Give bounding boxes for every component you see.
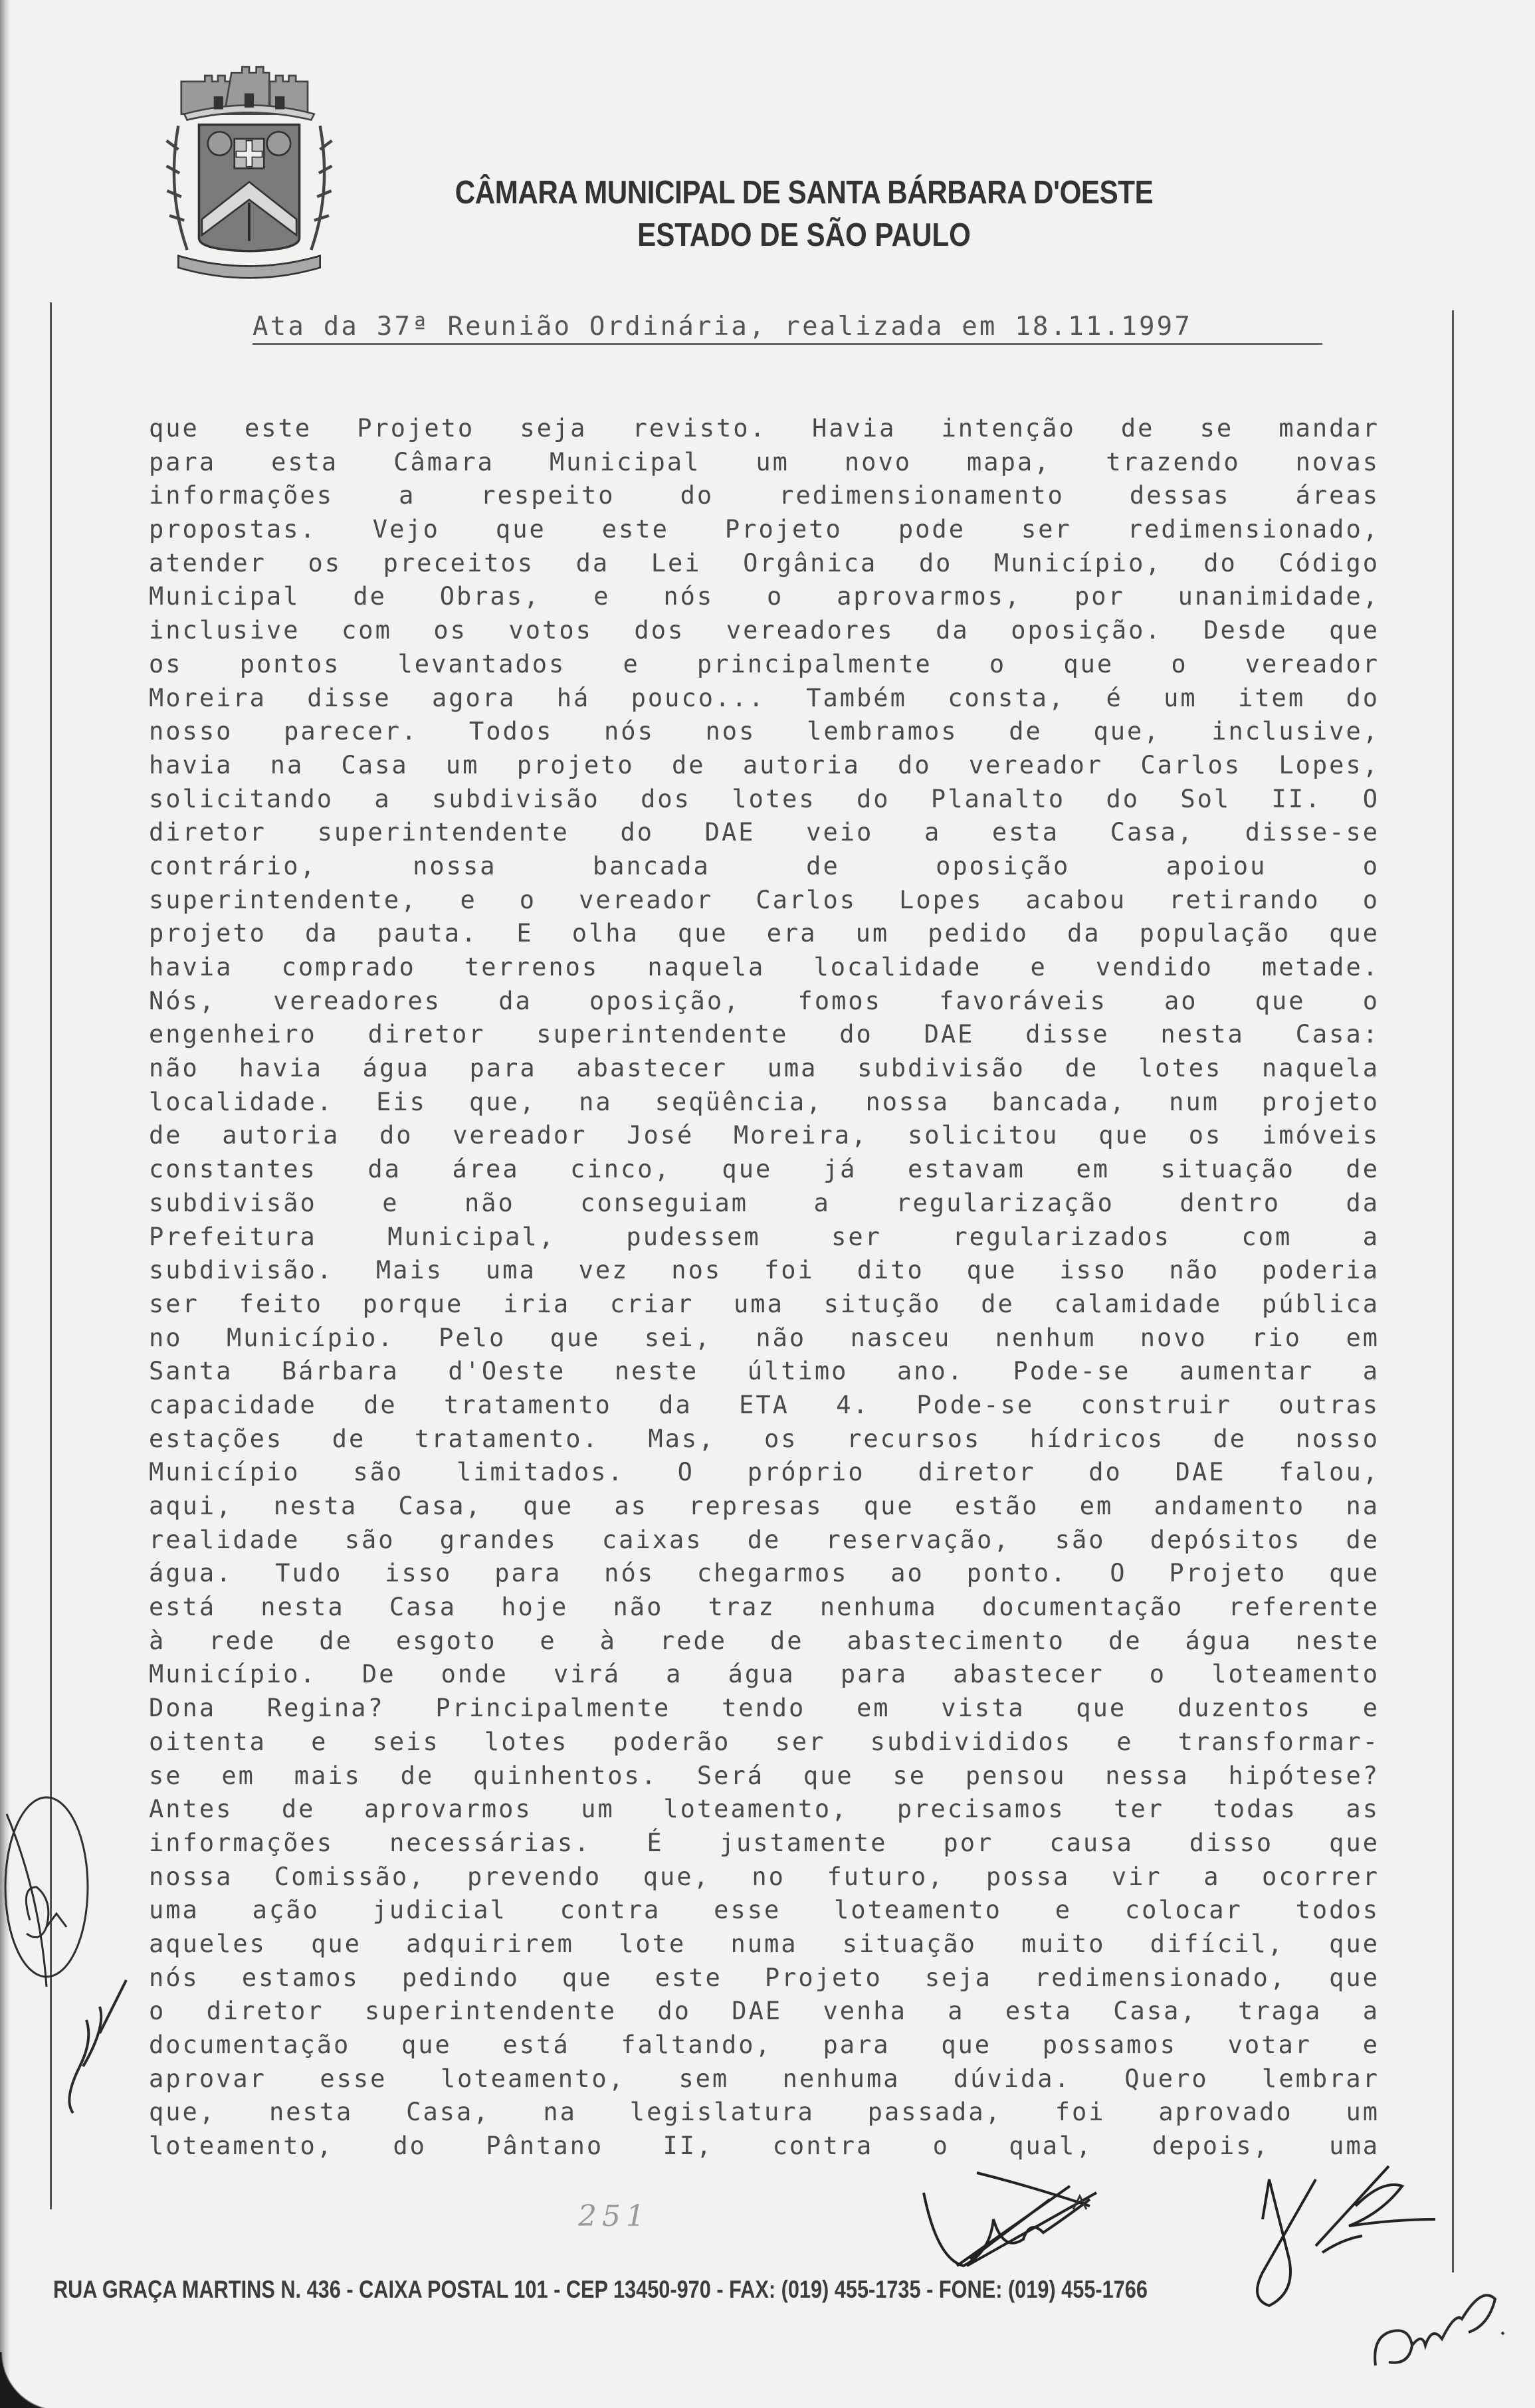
minutes-line: contrário, nossa bancada de oposição apo…: [149, 850, 1380, 884]
minutes-line: os pontos levantados e principalmente o …: [149, 648, 1380, 682]
minutes-line: subdivisão. Mais uma vez nos foi dito qu…: [149, 1254, 1380, 1288]
minutes-line: uma ação judicial contra esse loteamento…: [149, 1894, 1380, 1928]
minutes-line: superintendente, e o vereador Carlos Lop…: [149, 884, 1380, 918]
minutes-line: aprovar esse loteamento, sem nenhuma dúv…: [149, 2062, 1380, 2096]
minutes-line: Moreira disse agora há pouco... Também c…: [149, 682, 1380, 716]
minutes-line: oitenta e seis lotes poderão ser subdivi…: [149, 1726, 1380, 1759]
municipal-coat-of-arms-icon: [143, 52, 356, 294]
organization-name: CÂMARA MUNICIPAL DE SANTA BÁRBARA D'OEST…: [433, 171, 1176, 214]
minutes-line: solicitando a subdivisão dos lotes do Pl…: [149, 783, 1380, 817]
minutes-line: documentação que está faltando, para que…: [149, 2029, 1380, 2062]
minutes-line: o diretor superintendente do DAE venha a…: [149, 1995, 1380, 2029]
minutes-line: realidade são grandes caixas de reservaç…: [149, 1524, 1380, 1557]
signature-left-vertical-icon: [60, 1967, 133, 2120]
frame-border-right: [1452, 310, 1454, 2272]
minutes-line: à rede de esgoto e à rede de abastecimen…: [149, 1625, 1380, 1658]
minutes-line: se em mais de quinhentos. Será que se pe…: [149, 1759, 1380, 1793]
minutes-line: engenheiro diretor superintendente do DA…: [149, 1018, 1380, 1052]
minutes-line: informações necessárias. É justamente po…: [149, 1827, 1380, 1860]
minutes-line: aqueles que adquirirem lote numa situaçã…: [149, 1928, 1380, 1961]
minutes-line: projeto da pauta. E olha que era um pedi…: [149, 917, 1380, 951]
caret-mark-icon: [1070, 2193, 1090, 2213]
minutes-line: nosso parecer. Todos nós nos lembramos d…: [149, 715, 1380, 749]
minutes-line: Dona Regina? Principalmente tendo em vis…: [149, 1692, 1380, 1726]
minutes-line: atender os preceitos da Lei Orgânica do …: [149, 547, 1380, 581]
minutes-line: estações de tratamento. Mas, os recursos…: [149, 1423, 1380, 1456]
minutes-line: localidade. Eis que, na seqüência, nossa…: [149, 1086, 1380, 1120]
minutes-line: nós estamos pedindo que este Projeto sej…: [149, 1961, 1380, 1995]
minutes-line: aqui, nesta Casa, que as represas que es…: [149, 1490, 1380, 1524]
minutes-line: Prefeitura Municipal, pudessem ser regul…: [149, 1221, 1380, 1254]
minutes-line: constantes da área cinco, que já estavam…: [149, 1153, 1380, 1187]
minutes-line: propostas. Vejo que este Projeto pode se…: [149, 513, 1380, 547]
initials-signature-icon: [1369, 2279, 1515, 2372]
minutes-body: que este Projeto seja revisto. Havia int…: [149, 412, 1380, 2163]
minutes-line: para esta Câmara Municipal um novo mapa,…: [149, 446, 1380, 480]
minutes-line: Município são limitados. O próprio diret…: [149, 1456, 1380, 1490]
minutes-line: de autoria do vereador José Moreira, sol…: [149, 1119, 1380, 1153]
signature-center-icon: [917, 2166, 1136, 2286]
scan-shadow: [0, 2352, 60, 2408]
minutes-line: que este Projeto seja revisto. Havia int…: [149, 412, 1380, 446]
scanned-page-edge: [0, 0, 9, 2408]
minutes-line: não havia água para abastecer uma subdiv…: [149, 1052, 1380, 1086]
minutes-line: Município. De onde virá a água para abas…: [149, 1658, 1380, 1692]
letterhead-footer-address: RUA GRAÇA MARTINS N. 436 - CAIXA POSTAL …: [53, 2276, 1217, 2304]
minutes-line: ser feito porque iria criar uma situção …: [149, 1288, 1380, 1322]
handwritten-page-number: 251: [578, 2199, 650, 2233]
minutes-line: Municipal de Obras, e nós o aprovarmos, …: [149, 580, 1380, 614]
minutes-title: Ata da 37ª Reunião Ordinária, realizada …: [253, 311, 1322, 345]
minutes-line: informações a respeito do redimensioname…: [149, 479, 1380, 513]
minutes-line: nossa Comissão, prevendo que, no futuro,…: [149, 1860, 1380, 1894]
minutes-line: no Município. Pelo que sei, não nasceu n…: [149, 1322, 1380, 1355]
minutes-line: água. Tudo isso para nós chegarmos ao po…: [149, 1557, 1380, 1591]
minutes-line: inclusive com os votos dos vereadores da…: [149, 614, 1380, 648]
letterhead: CÂMARA MUNICIPAL DE SANTA BÁRBARA D'OEST…: [372, 171, 1236, 256]
minutes-line: Antes de aprovarmos um loteamento, preci…: [149, 1793, 1380, 1827]
minutes-line: Nós, vereadores da oposição, fomos favor…: [149, 985, 1380, 1019]
minutes-line: que, nesta Casa, na legislatura passada,…: [149, 2096, 1380, 2130]
state-name: ESTADO DE SÃO PAULO: [433, 214, 1176, 256]
minutes-line: Santa Bárbara d'Oeste neste último ano. …: [149, 1355, 1380, 1389]
minutes-line: subdivisão e não conseguiam a regulariza…: [149, 1187, 1380, 1221]
minutes-line: capacidade de tratamento da ETA 4. Pode-…: [149, 1389, 1380, 1423]
minutes-line: diretor superintendente do DAE veio a es…: [149, 816, 1380, 850]
minutes-line: loteamento, do Pântano II, contra o qual…: [149, 2130, 1380, 2163]
minutes-line: havia comprado terrenos naquela localida…: [149, 951, 1380, 985]
minutes-line: está nesta Casa hoje não traz nenhuma do…: [149, 1591, 1380, 1625]
minutes-line: havia na Casa um projeto de autoria do v…: [149, 749, 1380, 783]
